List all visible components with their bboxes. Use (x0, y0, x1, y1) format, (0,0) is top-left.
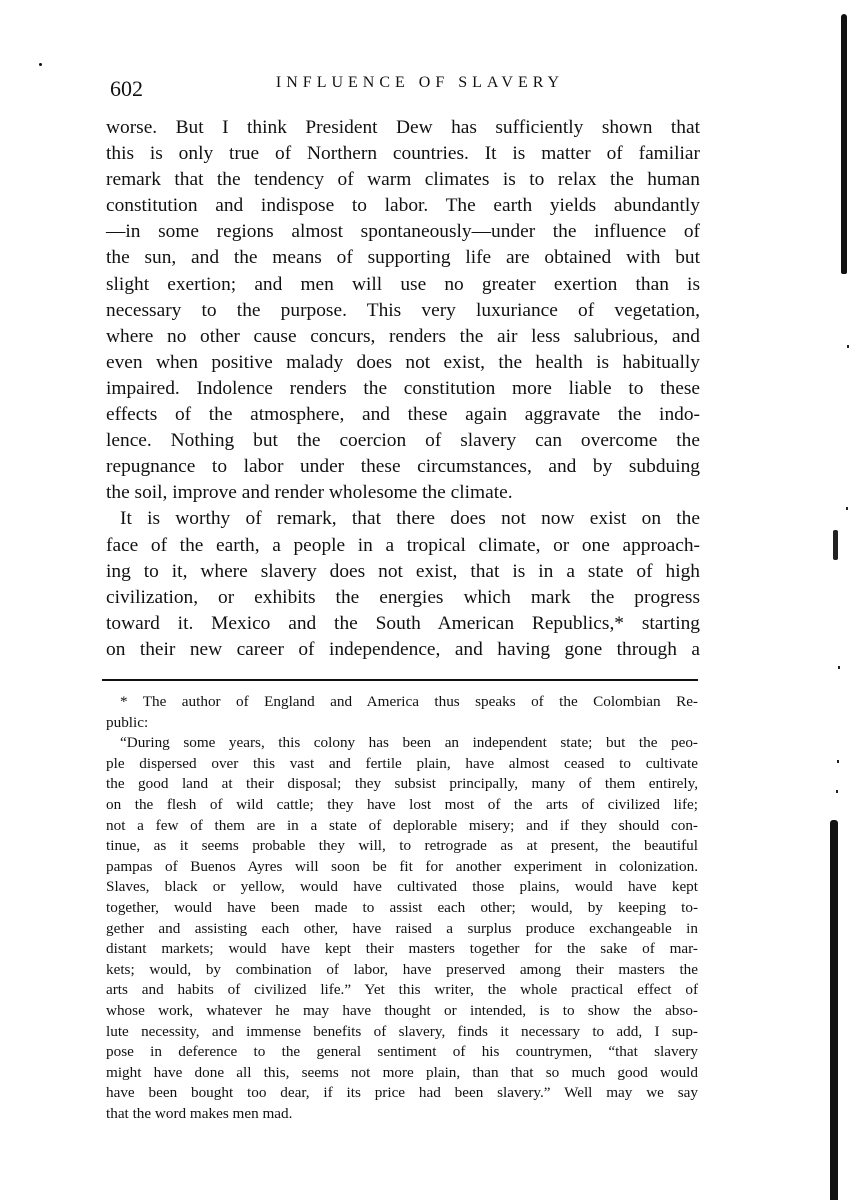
body-line: necessary to the purpose. This very luxu… (106, 298, 700, 324)
body-line: lence. Nothing but the coercion of slave… (106, 428, 700, 454)
footnote-line: together, would have been made to assist… (106, 898, 698, 919)
body-line: effects of the atmosphere, and these aga… (106, 402, 700, 428)
body-line: the sun, and the means of supporting lif… (106, 245, 700, 271)
running-title: INFLUENCE OF SLAVERY (110, 74, 700, 92)
footnote-line: gether and assisting each other, have ra… (106, 919, 698, 940)
footnote-line: arts and habits of civilized life.” Yet … (106, 980, 698, 1001)
footnote-line: might have done all this, seems not more… (106, 1063, 698, 1084)
body-line: —in some regions almost spontaneously—un… (106, 219, 700, 245)
footnote-line: the good land at their disposal; they su… (106, 774, 698, 795)
footnote-line: kets; would, by combination of labor, ha… (106, 960, 698, 981)
body-line: impaired. Indolence renders the constitu… (106, 376, 700, 402)
scan-speck (39, 63, 42, 66)
body-line: slight exertion; and men will use no gre… (106, 272, 700, 298)
body-line: civilization, or exhibits the energies w… (106, 585, 700, 611)
body-line: the soil, improve and render wholesome t… (106, 480, 700, 506)
footnote-line: ple dispersed over this vast and fertile… (106, 754, 698, 775)
body-line: even when positive malady does not exist… (106, 350, 700, 376)
footnote-line: * The author of England and America thus… (106, 692, 698, 713)
scan-edge-mark (841, 14, 847, 274)
footnote-line: tinue, as it seems probable they will, t… (106, 836, 698, 857)
scan-speck (846, 507, 848, 510)
footnote-line: have been bought too dear, if its price … (106, 1083, 698, 1104)
footnote-line: lute necessity, and immense benefits of … (106, 1022, 698, 1043)
footnote-line: whose work, whatever he may have thought… (106, 1001, 698, 1022)
footnote-line: pose in deference to the general sentime… (106, 1042, 698, 1063)
footnote-line: on the flesh of wild cattle; they have l… (106, 795, 698, 816)
body-line: repugnance to labor under these circumst… (106, 454, 700, 480)
body-text: worse. But I think President Dew has suf… (106, 115, 700, 663)
footnote-rule (102, 679, 698, 681)
footnote-line: Slaves, black or yellow, would have cult… (106, 877, 698, 898)
body-line: on their new career of independence, and… (106, 637, 700, 663)
scan-speck (838, 666, 840, 669)
body-line: face of the earth, a people in a tropica… (106, 533, 700, 559)
body-line: ing to it, where slavery does not exist,… (106, 559, 700, 585)
scan-speck (837, 760, 839, 763)
body-line: constitution and indispose to labor. The… (106, 193, 700, 219)
scan-speck (847, 345, 849, 348)
body-line: toward it. Mexico and the South American… (106, 611, 700, 637)
scan-edge-mark (833, 530, 838, 560)
body-line: this is only true of Northern countries.… (106, 141, 700, 167)
scan-speck (836, 790, 838, 793)
body-line: where no other cause concurs, renders th… (106, 324, 700, 350)
footnote-line: pampas of Buenos Ayres will soon be fit … (106, 857, 698, 878)
footnote-line: “During some years, this colony has been… (106, 733, 698, 754)
scan-edge-mark (830, 820, 838, 1200)
running-head: 602 INFLUENCE OF SLAVERY (110, 72, 700, 102)
footnote-line: distant markets; would have kept their m… (106, 939, 698, 960)
book-page: 602 INFLUENCE OF SLAVERY worse. But I th… (0, 0, 855, 1200)
body-line: worse. But I think President Dew has suf… (106, 115, 700, 141)
footnote: * The author of England and America thus… (106, 692, 698, 1124)
footnote-line: not a few of them are in a state of depl… (106, 816, 698, 837)
body-line: It is worthy of remark, that there does … (106, 506, 700, 532)
body-line: remark that the tendency of warm climate… (106, 167, 700, 193)
footnote-line: that the word makes men mad. (106, 1104, 698, 1125)
footnote-line: public: (106, 713, 698, 734)
